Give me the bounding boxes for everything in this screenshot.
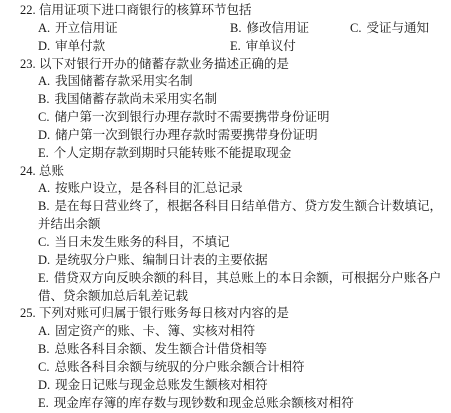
question-25-option-d: D.现金日记账与现金总账发生额核对相符 xyxy=(38,377,449,395)
option-text: 当日未发生账务的科目，不填记 xyxy=(54,235,229,249)
empty-cell xyxy=(350,38,451,56)
option-text: 现金库存簿的库存数与现钞数和现金总账余额核对相符 xyxy=(54,396,354,410)
option-label: E. xyxy=(38,146,49,160)
option-label: E. xyxy=(38,271,49,285)
option-label: C. xyxy=(38,235,49,249)
option-label: A. xyxy=(38,21,50,35)
option-label: B. xyxy=(230,21,241,35)
option-label: D. xyxy=(38,128,50,142)
option-label: D. xyxy=(38,378,50,392)
question-23-option-e: E.个人定期存款到期时只能转账不能提取现金 xyxy=(38,145,449,163)
option-text: 审单付款 xyxy=(55,39,105,53)
option-text: 开立信用证 xyxy=(55,21,118,35)
option-label: B. xyxy=(38,199,49,213)
option-text: 总账各科目余额与统驭的分户账余额合计相符 xyxy=(54,360,304,374)
option-label: C. xyxy=(350,21,361,35)
question-22-options-row-1: A.开立信用证 B.修改信用证 C.受证与通知 D.审单付款 E.审单议付 xyxy=(38,20,451,56)
option-label: A. xyxy=(38,324,50,338)
option-label: E. xyxy=(38,396,49,410)
question-25-options: A.固定资产的账、卡、簿、实核对相符 B.总账各科目余额、发生额合计借贷相等 C… xyxy=(38,323,449,412)
question-number: 25. xyxy=(20,305,39,323)
question-stem: 信用证项下进口商银行的核算环节包括 xyxy=(39,3,252,17)
question-22: 22.信用证项下进口商银行的核算环节包括 A.开立信用证 B.修改信用证 C.受… xyxy=(0,2,451,56)
question-24-option-d: D.是统驭分户账、编制日计表的主要依据 xyxy=(38,252,449,270)
question-23-option-a: A.我国储蓄存款采用实名制 xyxy=(38,73,449,91)
option-label: C. xyxy=(38,360,49,374)
question-25: 25.下列对账可归属于银行账务每日核对内容的是 A.固定资产的账、卡、簿、实核对… xyxy=(0,305,451,412)
option-text: 储户第一次到银行办理存款时需要携带身份证明 xyxy=(55,128,318,142)
question-25-stem-line: 25.下列对账可归属于银行账务每日核对内容的是 xyxy=(0,305,451,323)
option-text: 是在每日营业终了，根据各科目日结单借方、贷方发生额合计数填记，并结出余额 xyxy=(38,199,442,231)
option-label: D. xyxy=(38,253,50,267)
option-text: 总账各科目余额、发生额合计借贷相等 xyxy=(54,342,267,356)
question-stem: 以下对银行开办的储蓄存款业务描述正确的是 xyxy=(39,57,289,71)
question-24-options: A.按账户设立，是各科目的汇总记录 B.是在每日营业终了，根据各科目日结单借方、… xyxy=(38,180,449,305)
question-24-stem-line: 24.总账 xyxy=(0,163,451,181)
option-label: A. xyxy=(38,181,50,195)
question-22-option-e: E.审单议付 xyxy=(230,38,350,56)
question-number: 22. xyxy=(20,2,39,20)
option-label: A. xyxy=(38,74,50,88)
question-23-stem-line: 23.以下对银行开办的储蓄存款业务描述正确的是 xyxy=(0,56,451,74)
question-24-option-e: E.借贷双方向反映余额的科目，其总账上的本日余额，可根据分户账各户借、贷余额加总… xyxy=(38,270,449,306)
option-text: 我国储蓄存款采用实名制 xyxy=(55,74,193,88)
question-stem: 总账 xyxy=(39,164,64,178)
option-label: D. xyxy=(38,39,50,53)
option-text: 借贷双方向反映余额的科目，其总账上的本日余额，可根据分户账各户借、贷余额加总后轧… xyxy=(38,271,441,303)
question-stem: 下列对账可归属于银行账务每日核对内容的是 xyxy=(39,306,289,320)
option-label: B. xyxy=(38,92,49,106)
option-label: B. xyxy=(38,342,49,356)
question-25-option-c: C.总账各科目余额与统驭的分户账余额合计相符 xyxy=(38,359,449,377)
option-text: 我国储蓄存款尚未采用实名制 xyxy=(54,92,217,106)
question-23: 23.以下对银行开办的储蓄存款业务描述正确的是 A.我国储蓄存款采用实名制 B.… xyxy=(0,56,451,163)
question-number: 24. xyxy=(20,163,39,181)
question-23-options: A.我国储蓄存款采用实名制 B.我国储蓄存款尚未采用实名制 C.储户第一次到银行… xyxy=(38,73,449,162)
option-text: 审单议付 xyxy=(246,39,296,53)
question-23-option-b: B.我国储蓄存款尚未采用实名制 xyxy=(38,91,449,109)
question-23-option-d: D.储户第一次到银行办理存款时需要携带身份证明 xyxy=(38,127,449,145)
option-label: C. xyxy=(38,110,49,124)
option-label: E. xyxy=(230,39,241,53)
question-25-option-b: B.总账各科目余额、发生额合计借贷相等 xyxy=(38,341,449,359)
option-text: 是统驭分户账、编制日计表的主要依据 xyxy=(55,253,268,267)
option-text: 受证与通知 xyxy=(366,21,429,35)
question-24-option-a: A.按账户设立，是各科目的汇总记录 xyxy=(38,180,449,198)
option-text: 个人定期存款到期时只能转账不能提取现金 xyxy=(54,146,292,160)
question-number: 23. xyxy=(20,56,39,74)
option-text: 按账户设立，是各科目的汇总记录 xyxy=(55,181,243,195)
question-23-option-c: C.储户第一次到银行办理存款时不需要携带身份证明 xyxy=(38,109,449,127)
question-22-option-d: D.审单付款 xyxy=(38,38,230,56)
question-24-option-b: B.是在每日营业终了，根据各科目日结单借方、贷方发生额合计数填记，并结出余额 xyxy=(38,198,449,234)
option-text: 现金日记账与现金总账发生额核对相符 xyxy=(55,378,268,392)
question-22-option-c: C.受证与通知 xyxy=(350,20,451,38)
option-text: 储户第一次到银行办理存款时不需要携带身份证明 xyxy=(54,110,329,124)
option-text: 修改信用证 xyxy=(246,21,309,35)
question-24-option-c: C.当日未发生账务的科目，不填记 xyxy=(38,234,449,252)
question-22-stem-line: 22.信用证项下进口商银行的核算环节包括 xyxy=(0,2,451,20)
option-text: 固定资产的账、卡、簿、实核对相符 xyxy=(55,324,255,338)
question-25-option-e: E.现金库存簿的库存数与现钞数和现金总账余额核对相符 xyxy=(38,395,449,413)
question-24: 24.总账 A.按账户设立，是各科目的汇总记录 B.是在每日营业终了，根据各科目… xyxy=(0,163,451,306)
exam-document-page: 22.信用证项下进口商银行的核算环节包括 A.开立信用证 B.修改信用证 C.受… xyxy=(0,0,451,413)
question-22-option-b: B.修改信用证 xyxy=(230,20,350,38)
question-22-option-a: A.开立信用证 xyxy=(38,20,230,38)
question-25-option-a: A.固定资产的账、卡、簿、实核对相符 xyxy=(38,323,449,341)
